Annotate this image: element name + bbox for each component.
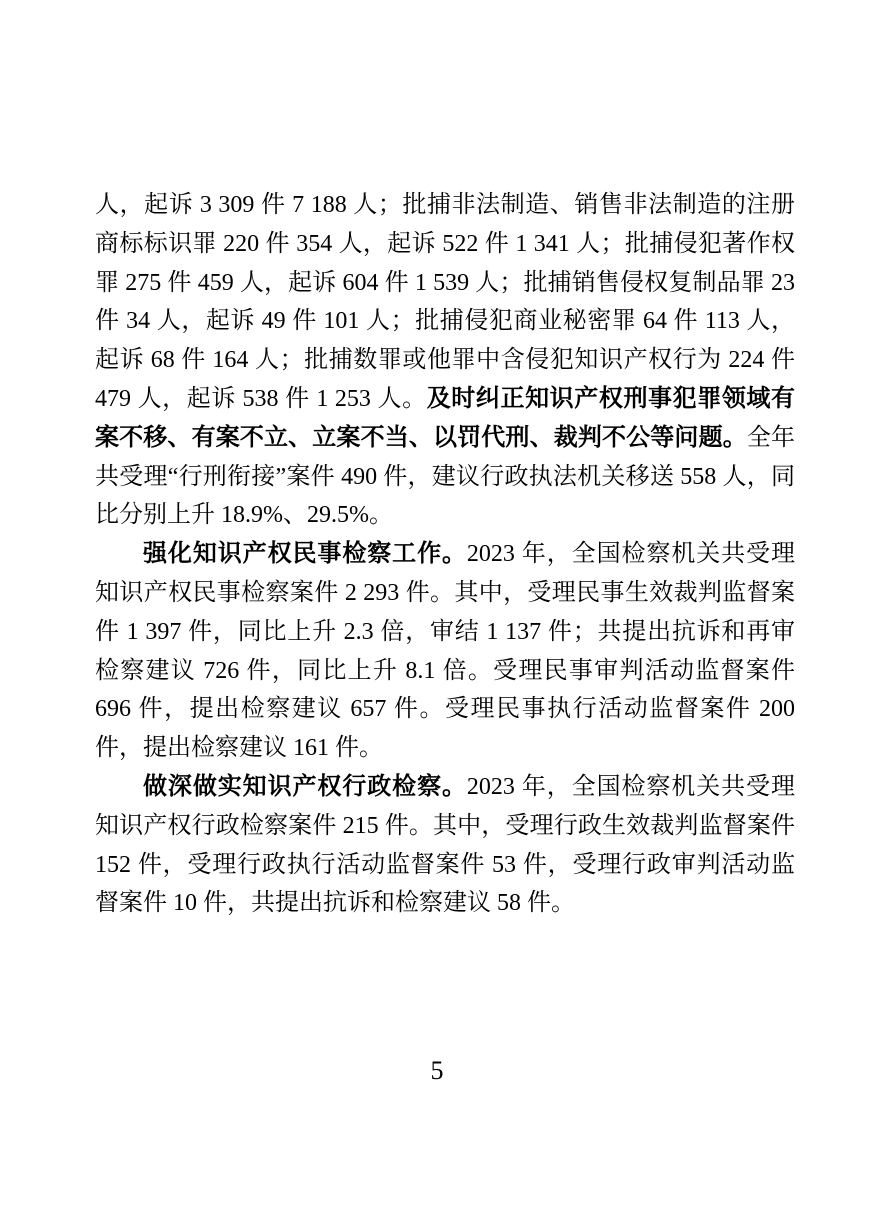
paragraph: 做深做实知识产权行政检察。2023 年，全国检察机关共受理知识产权行政检察案件 … xyxy=(95,768,795,923)
paragraph: 强化知识产权民事检察工作。2023 年，全国检察机关共受理知识产权民事检察案件 … xyxy=(95,535,795,768)
paragraph: 人，起诉 3 309 件 7 188 人；批捕非法制造、销售非法制造的注册商标标… xyxy=(95,186,795,535)
document-body: 人，起诉 3 309 件 7 188 人；批捕非法制造、销售非法制造的注册商标标… xyxy=(95,186,795,923)
document-page: 人，起诉 3 309 件 7 188 人；批捕非法制造、销售非法制造的注册商标标… xyxy=(0,0,874,1229)
body-text: 人，起诉 3 309 件 7 188 人；批捕非法制造、销售非法制造的注册商标标… xyxy=(95,192,795,412)
emphasis-text: 做深做实知识产权行政检察。 xyxy=(143,774,467,800)
emphasis-text: 强化知识产权民事检察工作。 xyxy=(143,541,467,567)
body-text: 2023 年，全国检察机关共受理知识产权民事检察案件 2 293 件。其中，受理… xyxy=(95,541,795,761)
page-number: 5 xyxy=(0,1054,874,1088)
